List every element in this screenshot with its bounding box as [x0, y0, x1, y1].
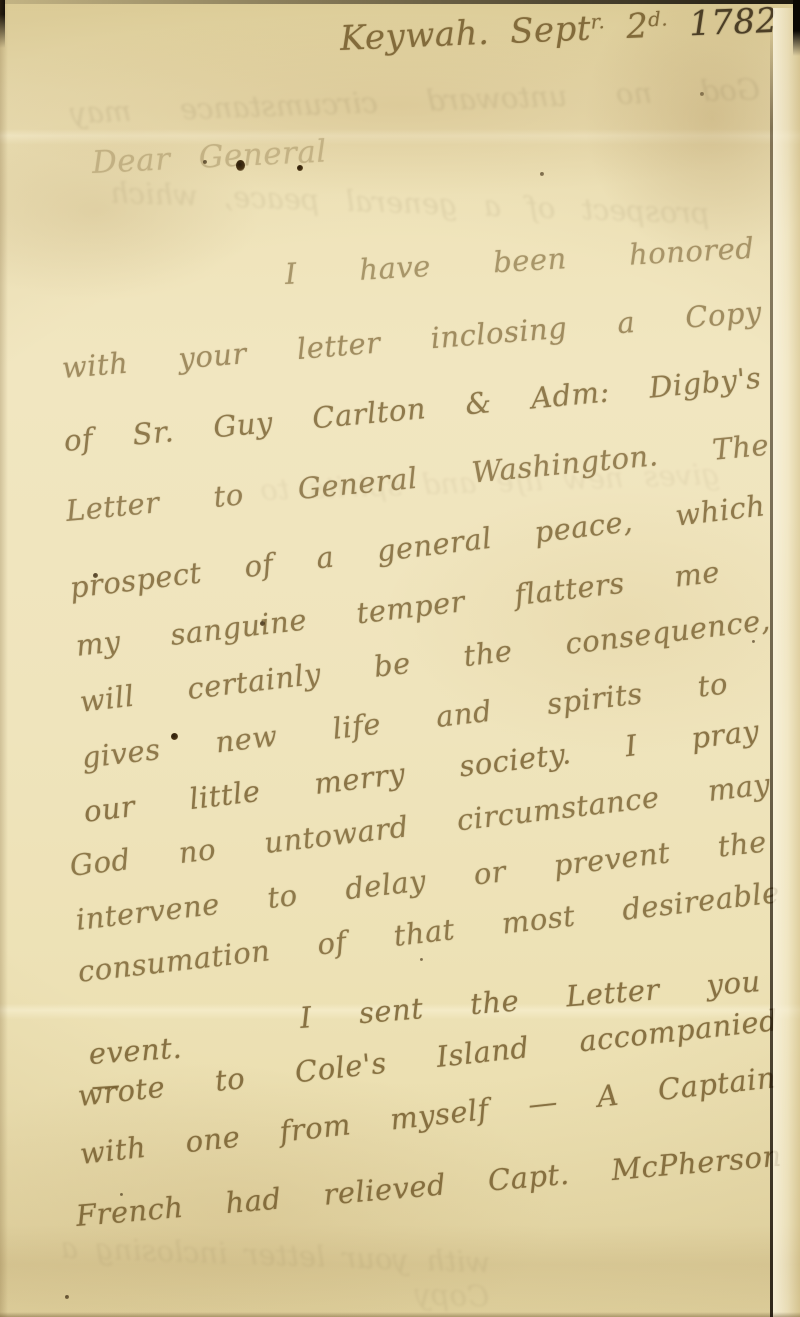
foxing-spot [120, 1193, 123, 1196]
foxing-spot [420, 958, 423, 961]
paper-fold-edge-right [770, 24, 773, 1317]
ink-blot [297, 165, 303, 171]
dateline-month: Sept [509, 9, 591, 52]
bleed-through-line: with your letter inclosing a Copy [59, 1231, 491, 1314]
foxing-spot [203, 160, 207, 164]
salutation: Dear General [91, 135, 327, 181]
foxing-spot [752, 640, 755, 643]
foxing-spot [700, 92, 704, 96]
letter-page: God no untoward circumstance may prospec… [0, 0, 800, 1317]
foxing-spot [260, 621, 265, 626]
foxing-spot [93, 573, 98, 578]
dateline-day-suffix: d. [648, 7, 669, 31]
dateline-place: Keywah. [339, 13, 490, 59]
page-edge-bottom [0, 1312, 800, 1317]
dateline-year: 1782 [688, 1, 778, 45]
foxing-spot [540, 172, 544, 176]
page-edge-corner-top-right [793, 0, 800, 56]
bleed-through-line: God no untoward circumstance may [70, 72, 761, 130]
dateline: Keywah. Septr. 2d. 1782 [339, 2, 778, 58]
ink-blot [171, 733, 178, 740]
page-edge-top [0, 0, 800, 4]
page-edge-left [0, 0, 8, 1317]
paper-margin-strip-right [773, 8, 800, 1317]
bleed-through-line: prospect of a general peace, which [110, 176, 711, 231]
foxing-spot [65, 1295, 69, 1299]
ink-blot [236, 160, 245, 171]
dateline-day: 2 [625, 6, 649, 47]
dateline-month-suffix: r. [590, 10, 605, 34]
body-line-1: I have been honored [284, 232, 755, 291]
